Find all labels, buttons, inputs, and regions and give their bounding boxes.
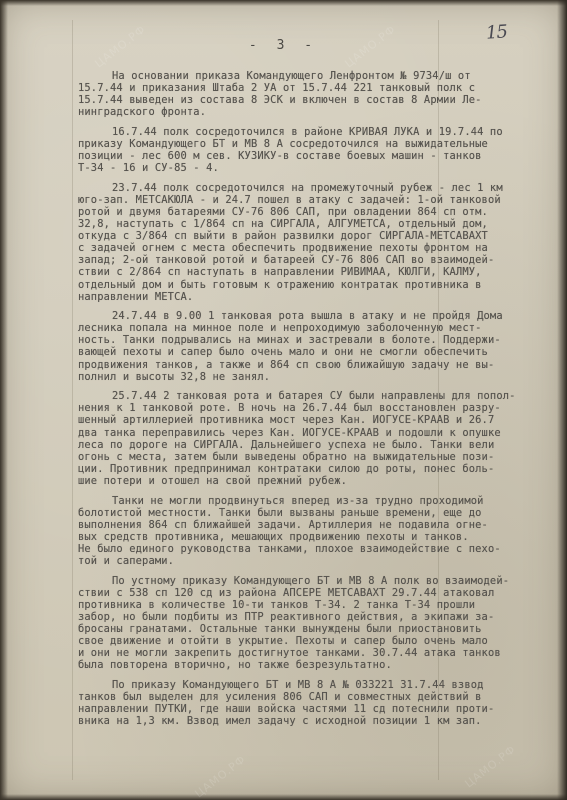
text-line: шие потери и отошел на свой прежний рубе… bbox=[78, 475, 510, 487]
text-line: ствии с 2/864 сп наступать в направлении… bbox=[78, 266, 510, 278]
text-line: вника на 1,3 км. Взвод имел задачу с исх… bbox=[78, 715, 510, 727]
text-line: 16.7.44 полк сосредоточился в районе КРИ… bbox=[78, 126, 510, 138]
text-line: огонь с места, затем были выведены обрат… bbox=[78, 451, 510, 463]
text-line: направлении МЕТСА. bbox=[78, 291, 510, 303]
text-line: нинградского фронта. bbox=[78, 106, 510, 118]
watermark: ЦАМО.РФ bbox=[462, 743, 518, 791]
text-line: 32,8, наступать с 1/864 сп на СИРГАЛА, А… bbox=[78, 218, 510, 230]
fold-line bbox=[72, 20, 73, 780]
text-line: По устному приказу Командующего БТ и МВ … bbox=[78, 575, 510, 587]
paragraph: 25.7.44 2 танковая рота и батарея СУ был… bbox=[78, 390, 510, 487]
document-page: ЦАМО.РФ ЦАМО.РФ ЦАМО.РФ ЦАМО.РФ 15 - 3 -… bbox=[0, 0, 567, 800]
paragraph: Танки не могли продвинуться вперед из-за… bbox=[78, 495, 510, 568]
text-line: ствии с 538 сп 120 сд из района АПСЕРЕ М… bbox=[78, 587, 510, 599]
text-line: отдельный дом и быть готовым к отражению… bbox=[78, 279, 510, 291]
text-line: 15.7.44 выведен из состава 8 ЭСК и включ… bbox=[78, 94, 510, 106]
text-line: На основании приказа Командующего Ленфро… bbox=[78, 70, 510, 82]
paragraph: 24.7.44 в 9.00 1 танковая рота вышла в а… bbox=[78, 310, 510, 383]
paragraph: 23.7.44 полк сосредоточился на промежуто… bbox=[78, 182, 510, 303]
paragraph: На основании приказа Командующего Ленфро… bbox=[78, 70, 510, 118]
text-line: ции. Противник предпринимал контратаки с… bbox=[78, 463, 510, 475]
text-line: забор, но были подбиты из ПТР реактивног… bbox=[78, 611, 510, 623]
text-line: шенный артиллерией противника мост через… bbox=[78, 414, 510, 426]
page-number: - 3 - bbox=[0, 38, 567, 53]
text-line: ность. Танки подрывались на минах и заст… bbox=[78, 334, 510, 346]
text-line: приказу Командующего БТ и МВ 8 А сосредо… bbox=[78, 138, 510, 150]
text-line: По приказу Командующего БТ и МВ 8 А № 03… bbox=[78, 679, 510, 691]
text-line: направлении ПУТКИ, где наши войска частя… bbox=[78, 703, 510, 715]
text-line: откуда с 3/864 сп выйти в район развилки… bbox=[78, 230, 510, 242]
text-line: свое движение и отойти в укрытие. Пехоты… bbox=[78, 635, 510, 647]
text-line: выполнения 864 сп ближайшей задачи. Арти… bbox=[78, 519, 510, 531]
text-line: 25.7.44 2 танковая рота и батарея СУ был… bbox=[78, 390, 510, 402]
text-line: нения к 1 танковой роте. В ночь на 26.7.… bbox=[78, 402, 510, 414]
text-line: продвижения танков, а также и 864 сп сво… bbox=[78, 359, 510, 371]
text-line: противника в количестве 10-ти танков Т-3… bbox=[78, 599, 510, 611]
text-line: вых средств противника, мешающих продвиж… bbox=[78, 531, 510, 543]
text-line: два танка переправились через Кан. ИОГУС… bbox=[78, 427, 510, 439]
paragraph: По приказу Командующего БТ и МВ 8 А № 03… bbox=[78, 679, 510, 727]
text-line: танков был выделен для усиления 806 САП … bbox=[78, 691, 510, 703]
text-line: 15.7.44 и приказания Штаба 2 УА от 15.7.… bbox=[78, 82, 510, 94]
text-line: с задачей огнем с места обеспечить продв… bbox=[78, 242, 510, 254]
text-line: лесника попала на минное поле и непроход… bbox=[78, 322, 510, 334]
text-line: запад; 2-ой танковой ротой и батареей СУ… bbox=[78, 254, 510, 266]
text-line: 24.7.44 в 9.00 1 танковая рота вышла в а… bbox=[78, 310, 510, 322]
text-line: ротой и двумя батареями СУ-76 806 САП, п… bbox=[78, 206, 510, 218]
watermark: ЦАМО.РФ bbox=[192, 753, 248, 800]
text-line: вающей пехоты и сапер было очень мало и … bbox=[78, 346, 510, 358]
text-line: позиции - лес 600 м сев. КУЗИКУ-в состав… bbox=[78, 150, 510, 162]
text-line: болотистой местности. Танки были вызваны… bbox=[78, 507, 510, 519]
paragraph: По устному приказу Командующего БТ и МВ … bbox=[78, 575, 510, 672]
text-line: полнил и высоты 32,8 не занял. bbox=[78, 371, 510, 383]
page-bottom-edge bbox=[0, 794, 567, 800]
text-line: Не было единого руководства танками, пло… bbox=[78, 543, 510, 555]
text-line: бросаны гранатами. Остальные танки вынуж… bbox=[78, 623, 510, 635]
text-line: леса по дороге на СИРГАЛА. Дальнейшего у… bbox=[78, 439, 510, 451]
text-line: 23.7.44 полк сосредоточился на промежуто… bbox=[78, 182, 510, 194]
text-line: Танки не могли продвинуться вперед из-за… bbox=[78, 495, 510, 507]
text-line: и они не могли закрепить достигнутое тан… bbox=[78, 647, 510, 659]
text-line: Т-34 - 16 и СУ-85 - 4. bbox=[78, 162, 510, 174]
page-top-edge bbox=[0, 0, 567, 6]
text-line: той и саперами. bbox=[78, 555, 510, 567]
text-line: юго-зап. МЕТСАКЮЛА - и 24.7 пошел в атак… bbox=[78, 194, 510, 206]
text-line: была повторена вторично, но также безрез… bbox=[78, 659, 510, 671]
paragraph: 16.7.44 полк сосредоточился в районе КРИ… bbox=[78, 126, 510, 174]
document-body: На основании приказа Командующего Ленфро… bbox=[78, 70, 510, 735]
